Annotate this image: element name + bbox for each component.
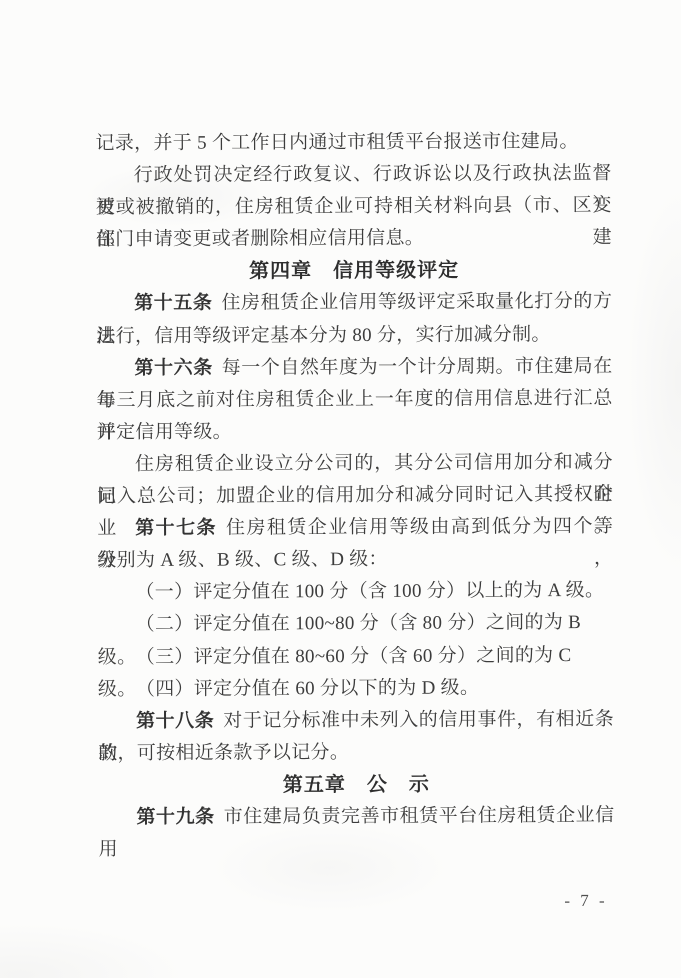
article-number: 第十五条 xyxy=(134,293,212,314)
article-number: 第十八条 xyxy=(136,710,214,731)
article-line-19: 第十九条市住建局负责完善市租赁平台住房租赁企业信用 xyxy=(98,800,614,834)
text-line: 更或被撤销的，住房租赁企业可持相关材料向县（市、区）住建 xyxy=(96,190,612,224)
article-number: 第十七条 xyxy=(135,518,217,539)
list-item-4: （四）评定分值在 60 分以下的为 D 级。 xyxy=(98,671,614,705)
text-line: 进行，信用等级评定基本分为 80 分，实行加减分制。 xyxy=(96,318,612,352)
article-number: 第十九条 xyxy=(136,807,214,828)
article-line-17: 第十七条住房租赁企业信用等级由高到低分为四个等级， xyxy=(97,511,613,545)
list-item-3: （三）评定分值在 80~60 分（含 60 分）之间的为 C 级。 xyxy=(98,639,614,673)
chapter-heading-4: 第四章 信用等级评定 xyxy=(96,254,612,288)
list-item-2: （二）评定分值在 100~80 分（含 80 分）之间的为 B 级。 xyxy=(98,607,614,641)
text-line: 评定信用等级。 xyxy=(97,415,613,449)
text-line: 记入总公司；加盟企业的信用加分和减分同时记入其授权企业。 xyxy=(97,479,613,513)
text-line: 行政处罚决定经行政复议、行政诉讼以及行政执法监督被变 xyxy=(96,158,612,192)
list-item-1: （一）评定分值在 100 分（含 100 分）以上的为 A 级。 xyxy=(97,575,613,609)
chapter-heading-5: 第五章 公 示 xyxy=(98,768,614,802)
document-text-block: 记录，并于 5 个工作日内通过市租赁平台报送市住建局。 行政处罚决定经行政复议、… xyxy=(95,126,614,834)
text-line: 的，可按相近条款予以记分。 xyxy=(98,736,614,770)
text-line: 住房租赁企业设立分公司的，其分公司信用加分和减分同时 xyxy=(97,447,613,481)
article-line-16: 第十六条每一个自然年度为一个计分周期。市住建局在每 xyxy=(96,351,612,385)
document-page: 记录，并于 5 个工作日内通过市租赁平台报送市住建局。 行政处罚决定经行政复议、… xyxy=(0,0,681,978)
text-line: 年三月底之前对住房租赁企业上一年度的信用信息进行汇总并 xyxy=(97,383,613,417)
article-line-18: 第十八条对于记分标准中未列入的信用事件，有相近条款 xyxy=(98,704,614,738)
text-line: 记录，并于 5 个工作日内通过市租赁平台报送市住建局。 xyxy=(95,126,611,160)
article-number: 第十六条 xyxy=(134,357,212,378)
article-line-15: 第十五条住房租赁企业信用等级评定采取量化打分的方法 xyxy=(96,286,612,320)
page-number: - 7 - xyxy=(556,891,616,911)
